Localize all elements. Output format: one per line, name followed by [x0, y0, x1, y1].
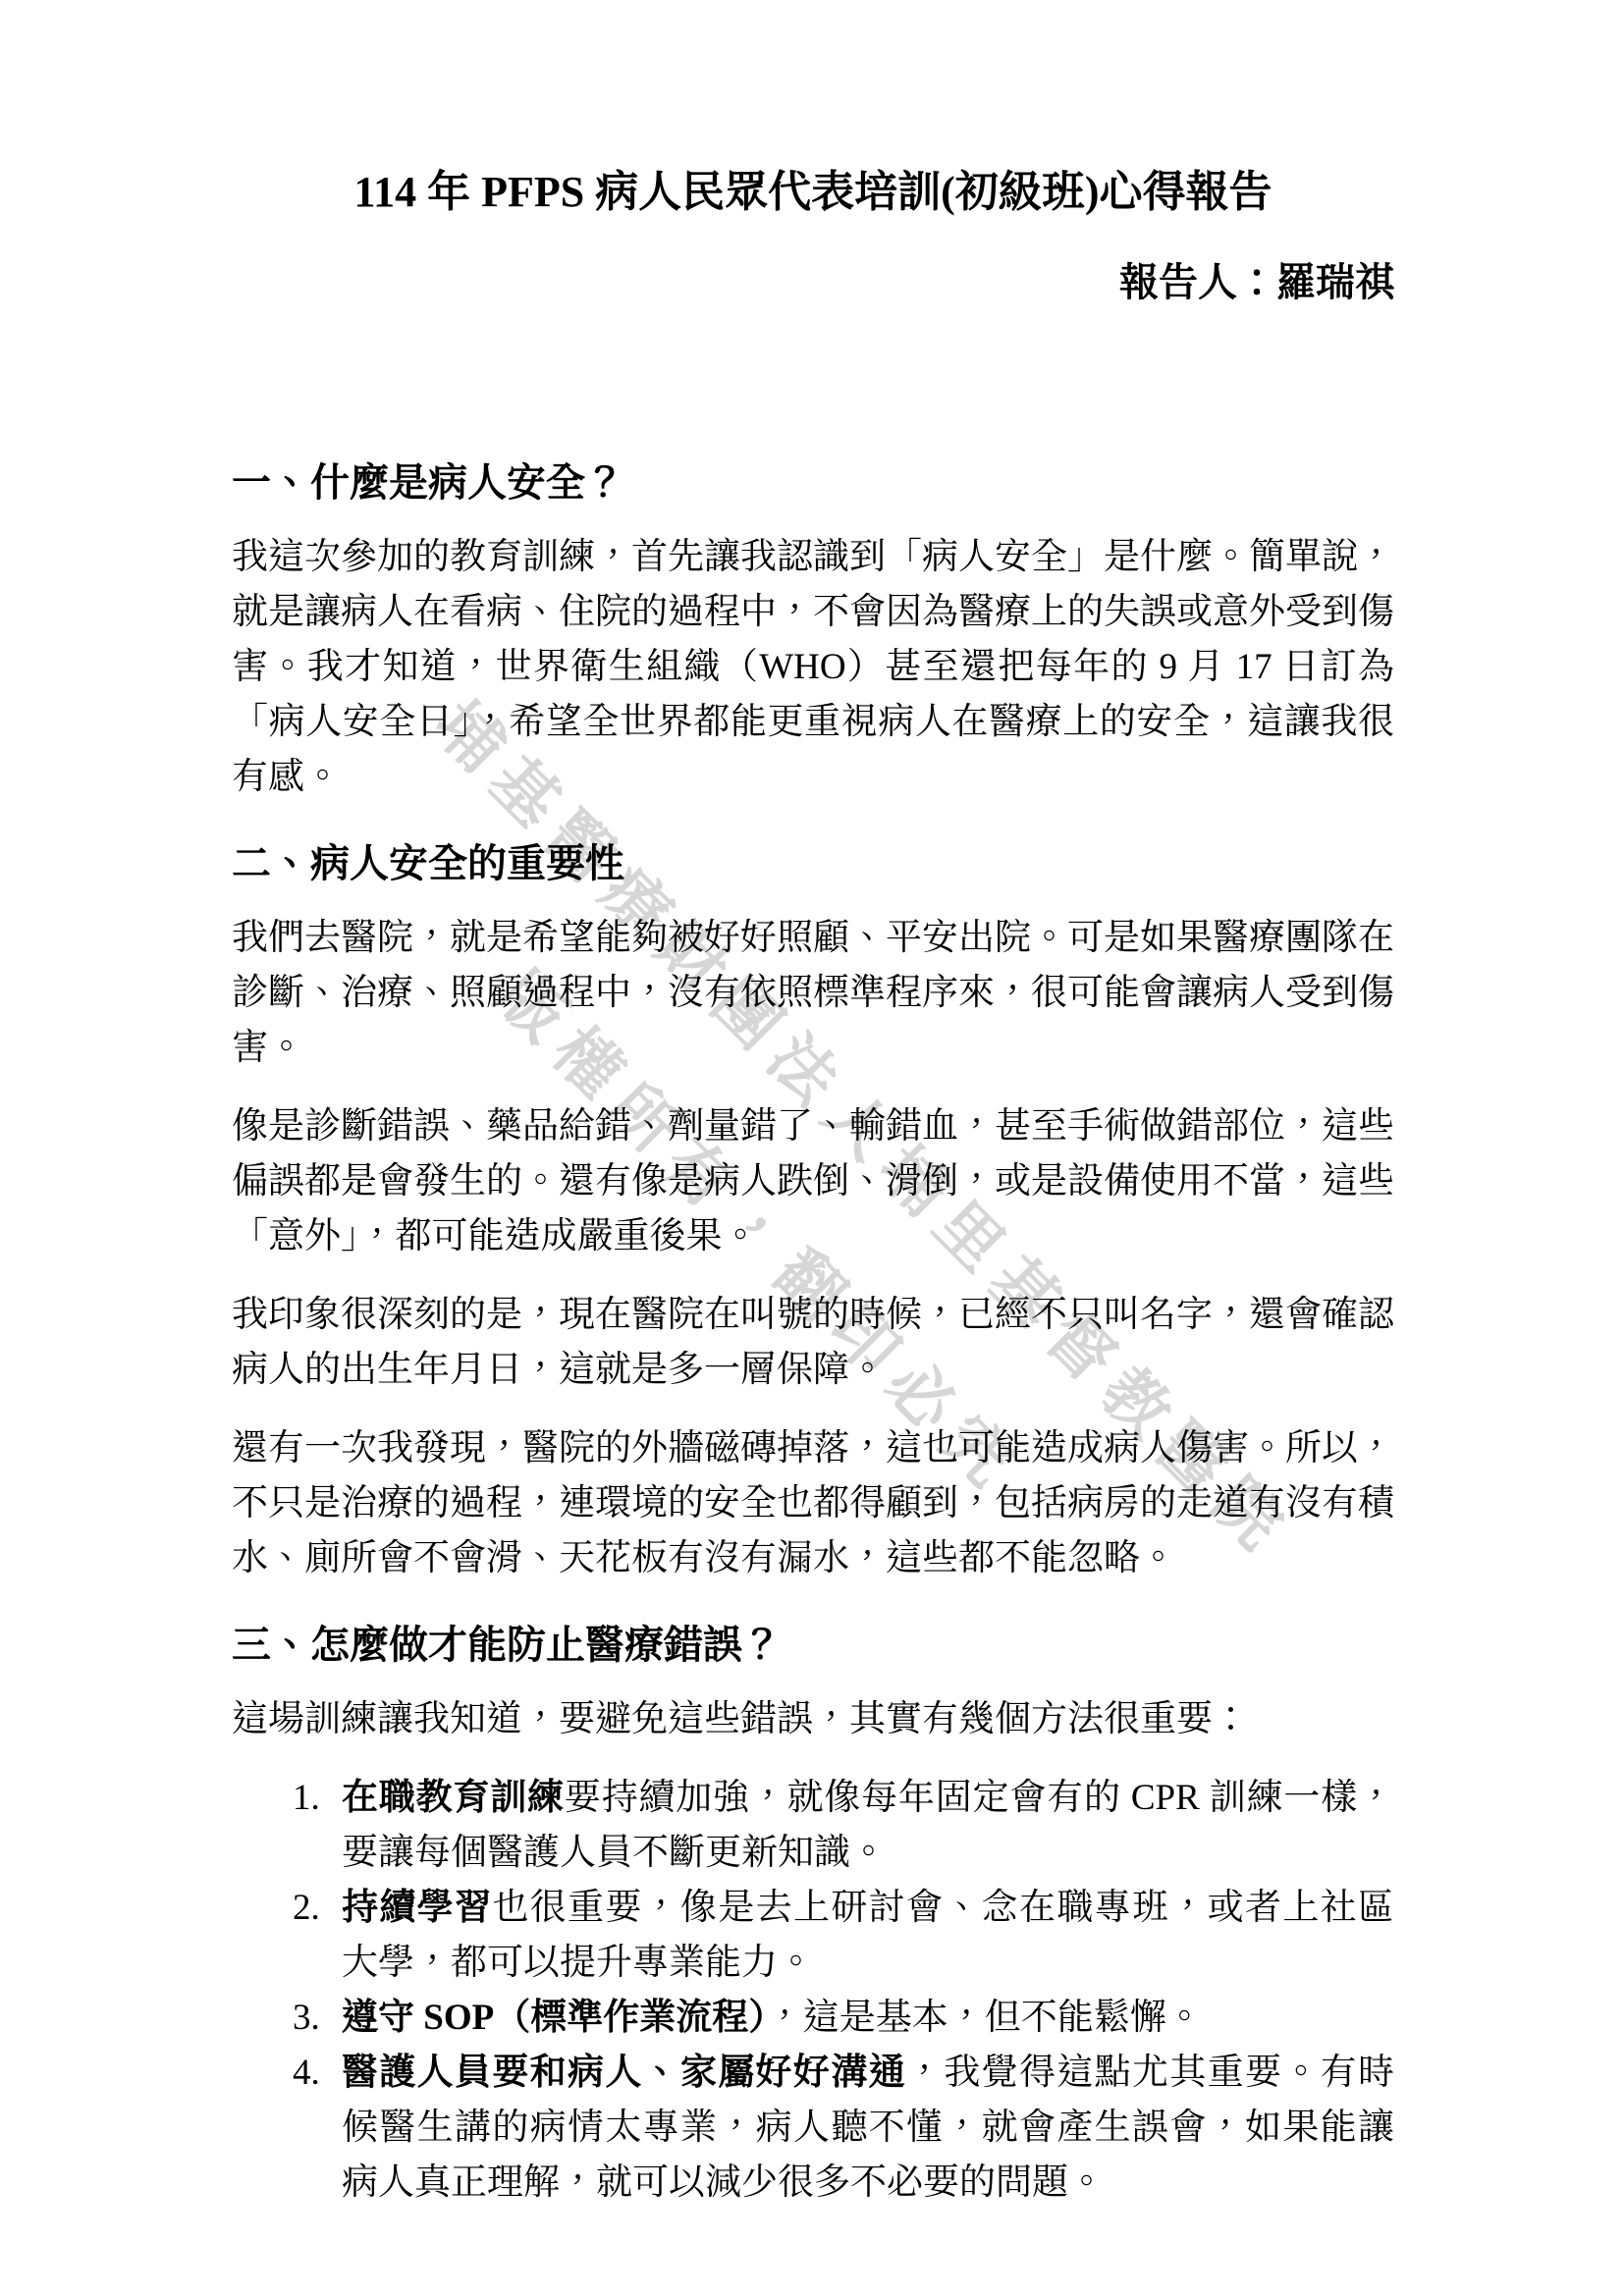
section-importance-of-patient-safety: 二、病人安全的重要性 我們去醫院，就是希望能夠被好好照顧、平安出院。可是如果醫療… — [232, 836, 1394, 1586]
document-content: 114 年 PFPS 病人民眾代表培訓(初級班)心得報告 報告人：羅瑞祺 一、什… — [0, 0, 1624, 2211]
section-3-heading: 三、怎麼做才能防止醫療錯誤？ — [232, 1618, 1394, 1673]
section-what-is-patient-safety: 一、什麼是病人安全？ 我這次參加的教育訓練，首先讓我認識到「病人安全」是什麼。簡… — [232, 455, 1394, 805]
section-2-paragraph: 我們去醫院，就是希望能夠被好好照顧、平安出院。可是如果醫療團隊在診斷、治療、照顧… — [232, 911, 1394, 1076]
list-item: 2.持續學習也很重要，像是去上研討會、念在職專班，或者上社區大學，都可以提升專業… — [293, 1881, 1394, 1991]
list-item-bold-lead: 在職教育訓練 — [342, 1778, 565, 1818]
list-item-number: 2. — [293, 1881, 336, 1936]
document-page: 埔基醫療財團法人埔里基督教醫院 版權所有，翻印必究 114 年 PFPS 病人民… — [0, 0, 1624, 2296]
list-item: 4.醫護人員要和病人、家屬好好溝通，我覺得這點尤其重要。有時候醫生講的病情太專業… — [293, 2046, 1394, 2211]
section-2-paragraph: 我印象很深刻的是，現在醫院在叫號的時候，已經不只叫名字，還會確認病人的出生年月日… — [232, 1288, 1394, 1398]
list-item-bold-lead: 醫護人員要和病人、家屬好好溝通 — [342, 2053, 906, 2093]
list-item: 3.遵守 SOP（標準作業流程），這是基本，但不能鬆懈。 — [293, 1991, 1394, 2046]
section-2-paragraph: 像是診斷錯誤、藥品給錯、劑量錯了、輸錯血，甚至手術做錯部位，這些偏誤都是會發生的… — [232, 1099, 1394, 1264]
section-3-intro-paragraph: 這場訓練讓我知道，要避免這些錯誤，其實有幾個方法很重要： — [232, 1692, 1394, 1747]
section-how-to-prevent-medical-errors: 三、怎麼做才能防止醫療錯誤？ 這場訓練讓我知道，要避免這些錯誤，其實有幾個方法很… — [232, 1618, 1394, 2211]
section-1-paragraph: 我這次參加的教育訓練，首先讓我認識到「病人安全」是什麼。簡單說，就是讓病人在看病… — [232, 530, 1394, 805]
page-title: 114 年 PFPS 病人民眾代表培訓(初級班)心得報告 — [232, 163, 1394, 222]
list-item: 1.在職教育訓練要持續加強，就像每年固定會有的 CPR 訓練一樣，要讓每個醫護人… — [293, 1771, 1394, 1881]
list-item-bold-lead: 持續學習 — [342, 1888, 492, 1928]
section-2-heading: 二、病人安全的重要性 — [232, 836, 1394, 891]
section-2-paragraph: 還有一次我發現，醫院的外牆磁磚掉落，這也可能造成病人傷害。所以，不只是治療的過程… — [232, 1421, 1394, 1586]
reporter-line: 報告人：羅瑞祺 — [232, 255, 1394, 310]
list-item-number: 4. — [293, 2046, 336, 2101]
list-item-text: 也很重要，像是去上研討會、念在職專班，或者上社區大學，都可以提升專業能力。 — [342, 1888, 1394, 1983]
section-1-heading: 一、什麼是病人安全？ — [232, 455, 1394, 510]
list-item-number: 3. — [293, 1991, 336, 2046]
list-item-number: 1. — [293, 1771, 336, 1826]
prevention-methods-list: 1.在職教育訓練要持續加強，就像每年固定會有的 CPR 訓練一樣，要讓每個醫護人… — [232, 1771, 1394, 2211]
list-item-text: ，這是基本，但不能鬆懈。 — [767, 1998, 1203, 2038]
list-item-bold-lead: 遵守 SOP（標準作業流程） — [342, 1998, 767, 2038]
